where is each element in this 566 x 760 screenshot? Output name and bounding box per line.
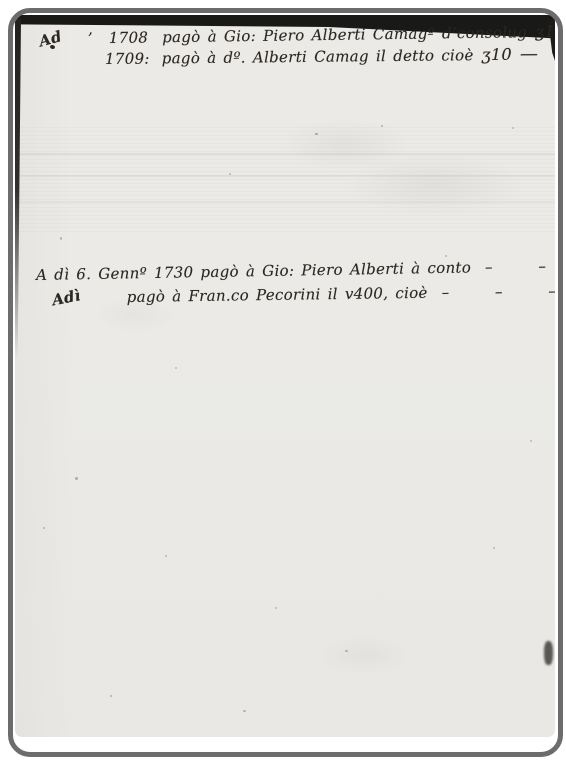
entry-margin-note: Ad [37, 27, 64, 50]
fold-line [15, 153, 555, 155]
parchment-page: Ad ’ 1708 pagò à Gio: Piero Alberti Cama… [15, 15, 555, 737]
paper-speck [43, 527, 45, 529]
paper-streaks [15, 127, 555, 232]
paper-speck [229, 173, 231, 175]
paper-speck [165, 555, 167, 557]
paper-speck [381, 125, 383, 127]
entry-text: A dì 6. Gennº 1730 pagò à Gio: Piero Alb… [36, 258, 471, 284]
scan-edge-smudge [544, 641, 553, 665]
paper-speck [60, 237, 62, 240]
fold-line [15, 175, 555, 177]
paper-speck [315, 133, 318, 135]
paper-speck [110, 695, 112, 697]
ledger-line-pecorini: Adì pagò à Fran.co Pecorini il v400, cio… [52, 280, 555, 308]
entry-text: pagò à dº. Alberti Camag il detto cioè [162, 46, 474, 67]
paper-speck [512, 127, 514, 129]
paper-speck [345, 650, 348, 652]
entry-date: 1708 [109, 28, 149, 47]
paper-speck [275, 607, 277, 609]
paper-speck [75, 477, 78, 480]
entry-date: 1709: [105, 50, 150, 68]
entry-dashes: – – — [485, 256, 555, 276]
entry-currency: ʒ10 [535, 22, 555, 41]
fold-line [15, 201, 555, 203]
ink-mark: ’ [88, 29, 93, 47]
paper-speck [493, 547, 495, 549]
paper-speck [175, 367, 177, 369]
paper-speck [243, 710, 246, 712]
manuscript-scan: Ad ’ 1708 pagò à Gio: Piero Alberti Cama… [0, 0, 566, 760]
entry-text: pagò à Fran.co Pecorini il v400, cioè [127, 284, 428, 306]
entry-dashes: — — [520, 43, 555, 65]
entry-text: pagò à Gio: Piero Alberti Camagº d’conso… [162, 23, 527, 46]
entry-currency: ʒ10 [482, 45, 512, 64]
entry-margin-note: Adì [51, 286, 83, 309]
entry-dashes: – – — [442, 282, 555, 302]
ledger-line-1709: 1709: pagò à dº. Alberti Camag il detto … [105, 43, 550, 69]
paper-speck [530, 440, 532, 442]
